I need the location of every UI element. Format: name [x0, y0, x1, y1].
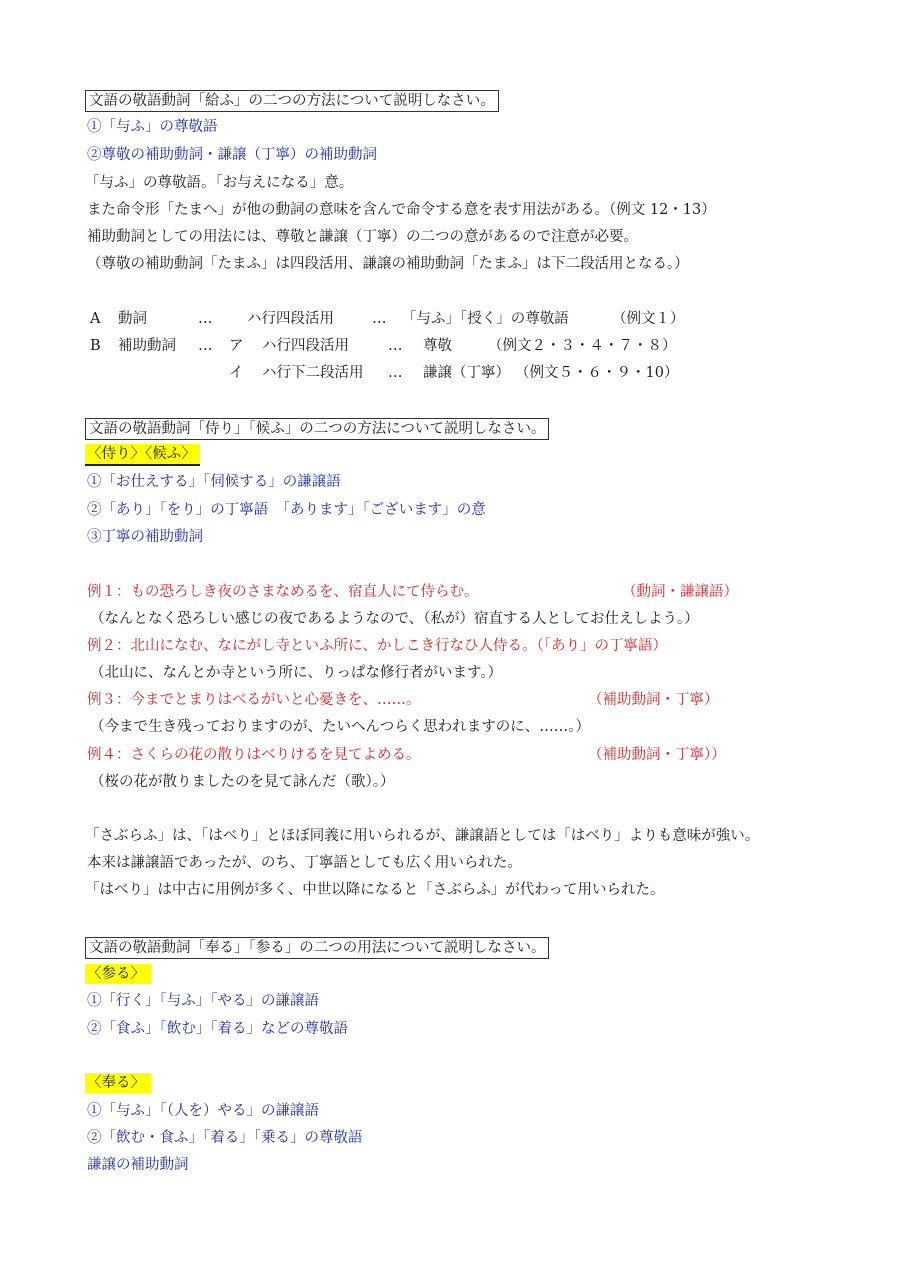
point-2-1: ①「お仕えする」「伺候する」の謙譲語: [87, 472, 341, 492]
point-2-3: ③丁寧の補助動詞: [87, 527, 203, 547]
example-3-translation: （今まで生き残っておりますのが、たいへんつらく思われますのに、……。）: [90, 717, 590, 737]
row-c-meaning: 謙譲（丁寧）: [423, 363, 510, 383]
point-3-3: ①「与ふ」「（人を）やる」の謙譲語: [87, 1101, 319, 1121]
example-2: 例２：北山になむ、なにがし寺といふ所に、かしこき行なひ人侍る。（「あり」の丁寧語…: [87, 636, 667, 656]
row-b-ex: （例文２・３・４・７・８）: [488, 336, 677, 356]
point-2-2: ②「あり」「をり」の丁寧語 「あります」「ございます」の意: [87, 500, 486, 520]
example-4-tag: （補助動詞・丁寧））: [588, 745, 726, 765]
row-b-conj: ハ行四段活用: [262, 336, 349, 356]
row-c-ex: （例文５・６・９・10）: [515, 363, 678, 383]
row-b-sep1: …: [198, 336, 213, 356]
example-1-translation: （なんとなく恐ろしい感じの夜であるようなので、（私が）宿直する人としてお仕えしよ…: [90, 609, 699, 629]
row-b-type: 補助動詞: [118, 336, 176, 356]
point-1-2: ②尊敬の補助動詞・謙譲（丁寧）の補助動詞: [87, 145, 377, 165]
example-1: 例１：もの恐ろしき夜のさまなめるを、宿直人にて侍らむ。: [87, 582, 479, 602]
row-a-type: 動詞: [118, 309, 147, 329]
note-3: 「はべり」は中古に用例が多く、中世以降になると「さぶらふ」が代わって用いられた。: [85, 880, 665, 900]
body-1-2: また命令形「たまへ」が他の動詞の意味を含んで命令する意を表す用法がある。（例文 …: [87, 200, 716, 220]
highlight-haberi-saburau: 〈侍り〉〈候ふ〉: [85, 444, 200, 466]
body-1-3: 補助動詞としての用法には、尊敬と謙譲（丁寧）の二つの意があるので注意が必要。: [87, 227, 638, 247]
point-3-1: ①「行く」「与ふ」「やる」の謙譲語: [87, 991, 319, 1011]
row-c-sub: イ: [229, 363, 244, 383]
question-2: 文語の敬語動詞「侍り」「候ふ」の二つの方法について説明しなさい。: [85, 418, 549, 440]
body-1-4: （尊敬の補助動詞「たまふ」は四段活用、謙譲の補助動詞「たまふ」は下二段活用となる…: [87, 254, 689, 274]
note-1: 「さぶらふ」は、「はべり」とほぼ同義に用いられるが、謙譲語としては「はべり」より…: [85, 826, 759, 846]
row-a-sep2: …: [372, 309, 387, 329]
example-4: 例４：さくらの花の散りはべりけるを見てよめる。: [87, 745, 421, 765]
highlight-mairu: 〈参る〉: [85, 964, 151, 984]
row-a-sep1: …: [198, 309, 213, 329]
example-4-translation: （桜の花が散りましたのを見て詠んだ（歌）。）: [90, 772, 395, 792]
row-c-conj: ハ行下二段活用: [262, 363, 364, 383]
point-3-2: ②「食ふ」「飲む」「着る」などの尊敬語: [87, 1019, 348, 1039]
example-1-tag: （動詞・謙譲語）: [622, 582, 738, 602]
example-3-tag: （補助動詞・丁寧）: [588, 690, 719, 710]
row-a-key: A: [90, 309, 100, 329]
row-b-meaning: 尊敬: [423, 336, 452, 356]
row-a-ex: （例文１）: [612, 309, 685, 329]
point-1-1: ①「与ふ」の尊敬語: [87, 117, 218, 137]
point-3-4: ②「飲む・食ふ」「着る」「乗る」の尊敬語: [87, 1128, 363, 1148]
row-b-sub: ア: [229, 336, 244, 356]
row-b-sep2: …: [388, 336, 403, 356]
point-3-5: 謙譲の補助動詞: [87, 1155, 189, 1175]
example-3: 例３：今までとまりはべるがいと心憂きを、……。: [87, 690, 421, 710]
note-2: 本来は謙譲語であったが、のち、丁寧語としても広く用いられた。: [87, 853, 522, 873]
body-1-1: 「与ふ」の尊敬語。「お与えになる」意。: [85, 173, 353, 193]
row-b-key: B: [90, 336, 101, 356]
example-2-translation: （北山に、なんとか寺という所に、りっぱな修行者がいます。）: [90, 663, 502, 683]
highlight-tatematsuru: 〈奉る〉: [85, 1073, 151, 1093]
question-3: 文語の敬語動詞「奉る」「参る」の二つの用法について説明しなさい。: [85, 937, 549, 959]
row-a-conj: ハ行四段活用: [247, 309, 334, 329]
row-c-sep2: …: [388, 363, 403, 383]
question-1: 文語の敬語動詞「給ふ」の二つの方法について説明しなさい。: [85, 90, 499, 112]
row-a-meaning: 「与ふ」「授く」の尊敬語: [402, 309, 569, 329]
